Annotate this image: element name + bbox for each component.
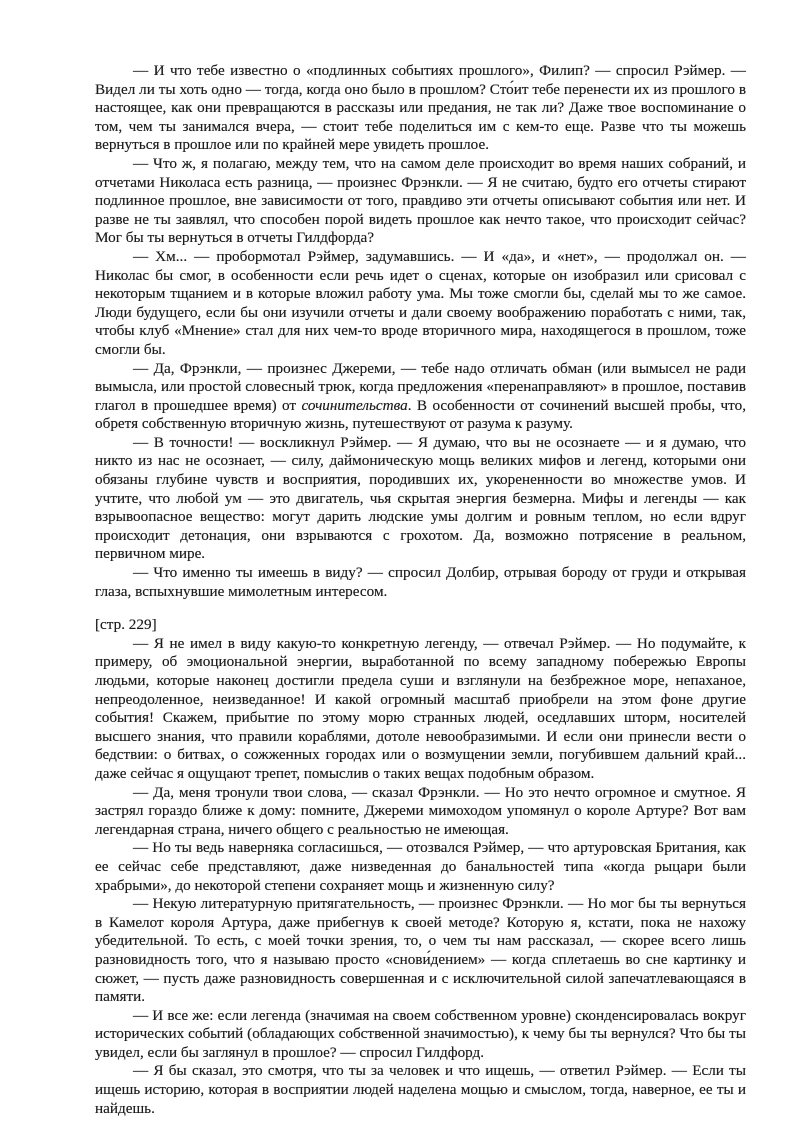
dialogue-section-top: — И что тебе известно о «подлинных событ… [95,62,746,601]
paragraph: — Хм... — пробормотал Рэймер, задумавшис… [95,248,746,360]
page-text-column: — И что тебе известно о «подлинных событ… [95,62,746,1118]
text-run: — Что ж, я полагаю, между тем, что на са… [95,155,746,246]
text-run: — Но ты ведь наверняка согласишься, — от… [95,839,746,893]
text-run: — Я бы сказал, это смотря, что ты за чел… [95,1062,746,1116]
paragraph: — И что тебе известно о «подлинных событ… [95,62,746,155]
paragraph: — Да, меня тронули твои слова, — сказал … [95,784,746,840]
text-run: — Да, меня тронули твои слова, — сказал … [95,784,746,838]
text-run: — Что именно ты имеешь в виду? — спросил… [95,564,746,600]
paragraph: — И все же: если легенда (значимая на св… [95,1007,746,1063]
text-run: — Хм... — пробормотал Рэймер, задумавшис… [95,248,746,358]
text-run: — Некую литературную притягательность, —… [95,895,746,1005]
page-number-marker: [стр. 229] [95,616,746,635]
paragraph: — Что ж, я полагаю, между тем, что на са… [95,155,746,248]
paragraph: — Я не имел в виду какую-то конкретную л… [95,635,746,784]
paragraph: — Я бы сказал, это смотря, что ты за чел… [95,1062,746,1118]
paragraph: — Некую литературную притягательность, —… [95,895,746,1007]
paragraph: — В точности! — воскликнул Рэймер. — Я д… [95,434,746,564]
text-run: — И все же: если легенда (значимая на св… [95,1007,746,1061]
text-run: — В точности! — воскликнул Рэймер. — Я д… [95,434,746,563]
dialogue-section-bottom: — Я не имел в виду какую-то конкретную л… [95,635,746,1118]
text-run: — И что тебе известно о «подлинных событ… [95,62,746,153]
italic-text-run: сочинительства [302,397,408,414]
paragraph: — Да, Фрэнкли, — произнес Джереми, — теб… [95,360,746,434]
text-run: — Я не имел в виду какую-то конкретную л… [95,635,746,782]
paragraph: — Но ты ведь наверняка согласишься, — от… [95,839,746,895]
book-page: — И что тебе известно о «подлинных событ… [0,0,800,1131]
paragraph: — Что именно ты имеешь в виду? — спросил… [95,564,746,601]
